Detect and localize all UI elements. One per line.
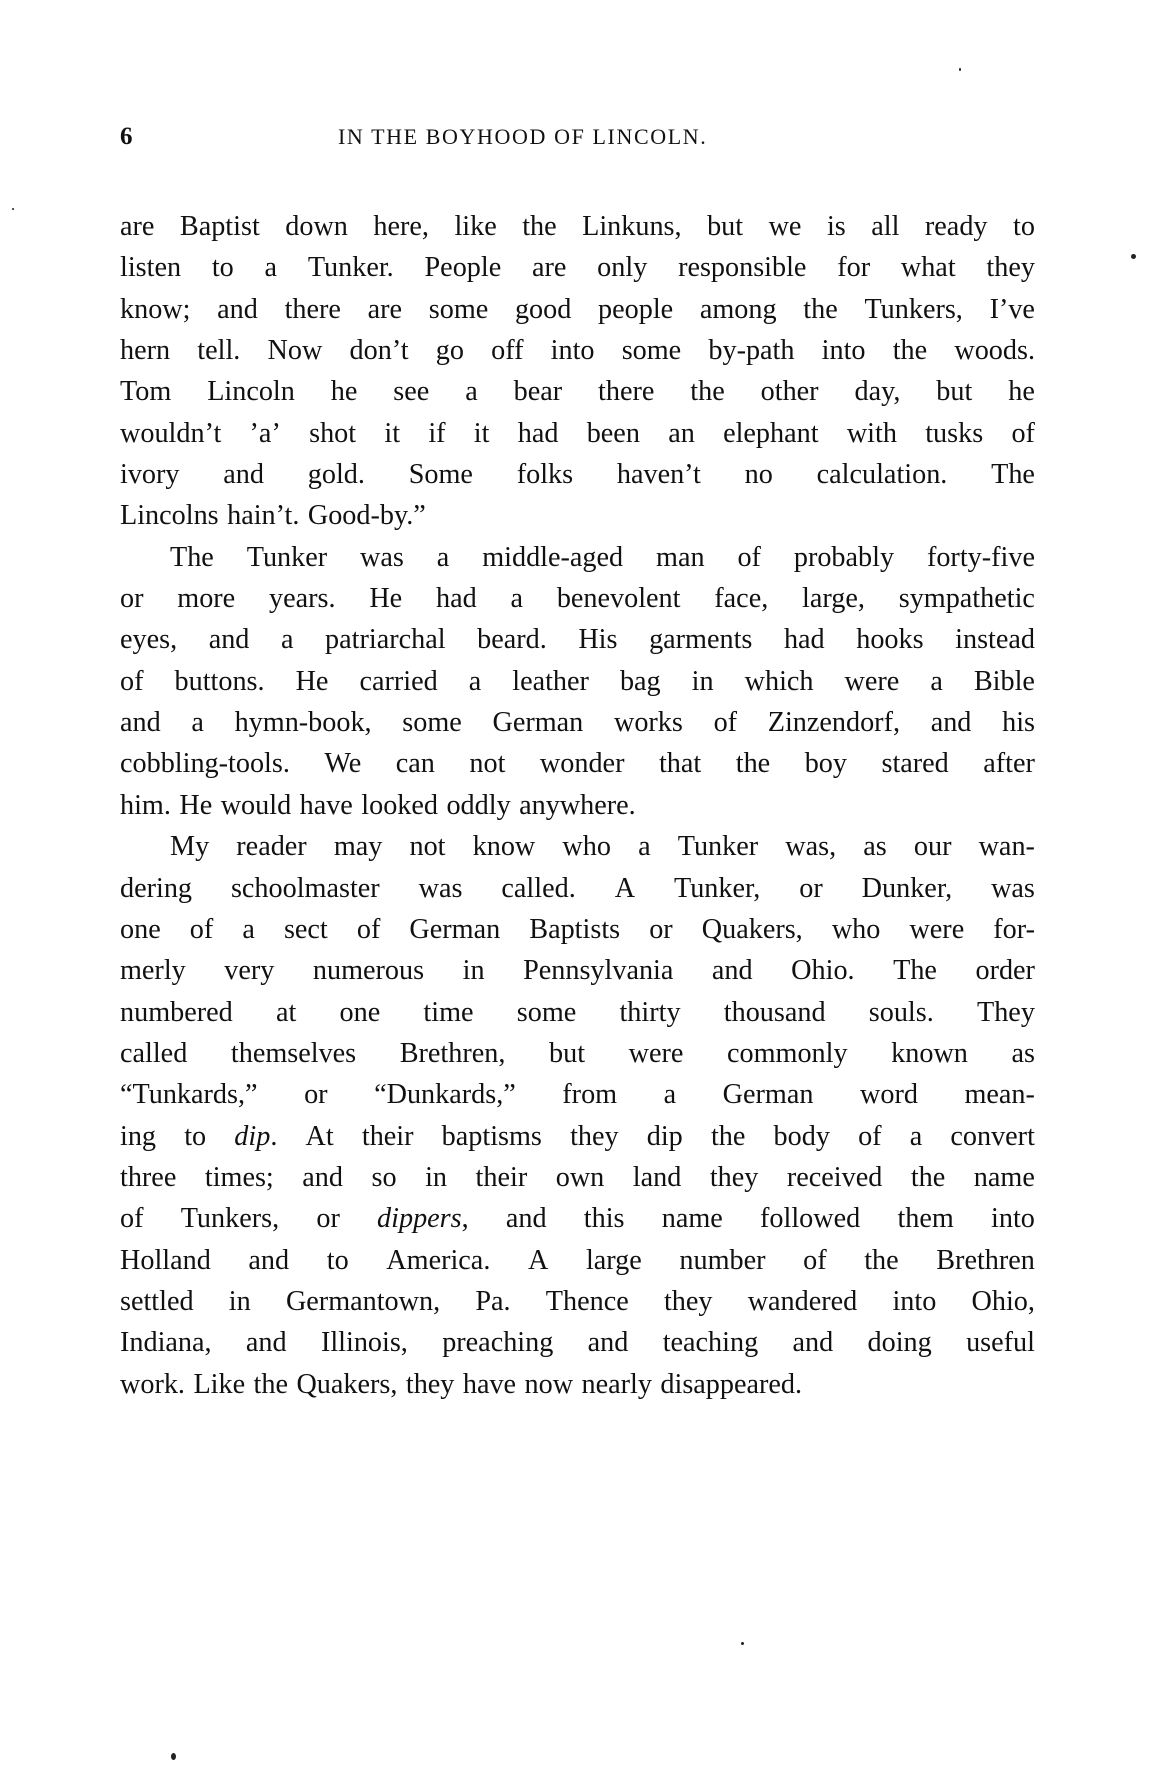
text-line: HollandandtoAmerica.AlargenumberoftheBre… [120,1240,1035,1281]
text-line: listentoaTunker.Peopleareonlyresponsible… [120,247,1035,288]
text-line: ormoreyears.Hehadabenevolentface,large,s… [120,578,1035,619]
text-line: TomLincolnheseeabeartheretheotherday,but… [120,371,1035,412]
paragraph: TheTunkerwasamiddle-agedmanofprobablyfor… [120,537,1035,826]
text-line: TheTunkerwasamiddle-agedmanofprobablyfor… [120,537,1035,578]
text-line: him.Hewouldhavelookedoddlyanywhere. [120,785,1035,826]
text-line: areBaptistdownhere,liketheLinkuns,butwei… [120,206,1035,247]
scan-speck [171,1753,176,1760]
text-line: andahymn-book,someGermanworksofZinzendor… [120,702,1035,743]
page-header: 6 IN THE BOYHOOD OF LINCOLN. [120,123,1035,159]
text-line: deringschoolmasterwascalled.ATunker,orDu… [120,868,1035,909]
text-line: settledinGermantown,Pa.Thencetheywandere… [120,1281,1035,1322]
text-line: “Tunkards,”or“Dunkards,”fromaGermanwordm… [120,1074,1035,1115]
text-line: eyes,andapatriarchalbeard.Hisgarmentshad… [120,619,1035,660]
text-line: merlyverynumerousinPennsylvaniaandOhio.T… [120,950,1035,991]
text-line: ingtodip.Attheirbaptismstheydipthebodyof… [120,1116,1035,1157]
text-line: MyreadermaynotknowwhoaTunkerwas,asourwan… [120,826,1035,867]
text-line: Lincolnshain’t.Good-by.” [120,495,1035,536]
text-line: wouldn’t’a’shotitifithadbeenanelephantwi… [120,413,1035,454]
text-line: know;andtherearesomegoodpeopleamongtheTu… [120,289,1035,330]
text-line: Indiana,andIllinois,preachingandteaching… [120,1322,1035,1363]
scan-speck [741,1642,744,1645]
running-head: IN THE BOYHOOD OF LINCOLN. [338,124,707,150]
paragraph: MyreadermaynotknowwhoaTunkerwas,asourwan… [120,826,1035,1405]
scan-speck [959,68,961,71]
text-line: ofbuttons.Hecarriedaleatherbaginwhichwer… [120,661,1035,702]
scan-speck [1131,254,1136,259]
text-line: herntell.Nowdon’tgooffintosomeby-pathint… [120,330,1035,371]
scan-speck [12,208,14,210]
text-line: calledthemselvesBrethren,butwerecommonly… [120,1033,1035,1074]
paragraph: areBaptistdownhere,liketheLinkuns,butwei… [120,206,1035,537]
text-line: work.LiketheQuakers,theyhavenownearlydis… [120,1364,1035,1405]
body-text: areBaptistdownhere,liketheLinkuns,butwei… [120,206,1035,1405]
text-line: oneofasectofGermanBaptistsorQuakers,whow… [120,909,1035,950]
text-line: ivoryandgold.Somefolkshaven’tnocalculati… [120,454,1035,495]
text-line: threetimes;andsointheirownlandtheyreceiv… [120,1157,1035,1198]
text-line: numberedatonetimesomethirtythousandsouls… [120,992,1035,1033]
text-line: cobbling-tools.Wecannotwonderthattheboys… [120,743,1035,784]
text-line: ofTunkers,ordippers,andthisnamefollowedt… [120,1198,1035,1239]
page-number: 6 [120,123,133,151]
